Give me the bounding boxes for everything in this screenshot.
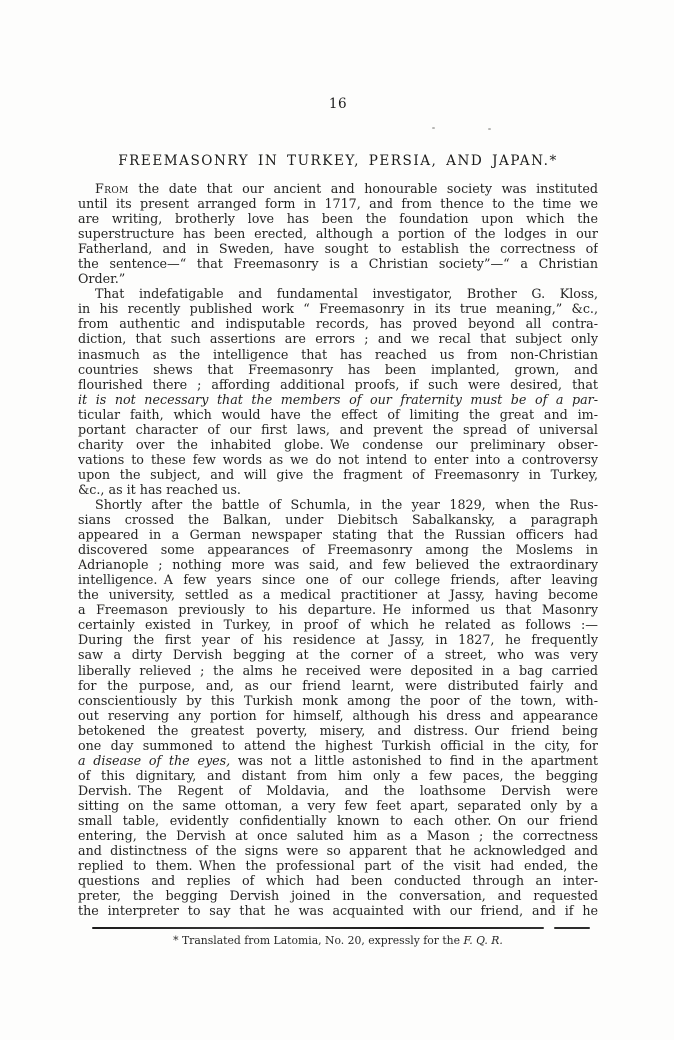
text-line: upon the subject, and will give the frag… — [78, 467, 598, 482]
text-segment: certainly existed in Turkey, in proof of… — [78, 617, 598, 632]
text-segment: Fatherland, and in Sweden, have sought t… — [78, 241, 598, 256]
text-segment: entering, the Dervish at once saluted hi… — [78, 828, 598, 843]
text-line: ticular faith, which would have the effe… — [78, 407, 598, 422]
smallcaps-text: From — [95, 181, 129, 196]
footnote-rule — [92, 926, 598, 929]
text-segment: and distinctness of the signs were so ap… — [78, 843, 598, 858]
text-line: charity over the inhabited globe. We con… — [78, 437, 598, 452]
paragraph: From the date that our ancient and honou… — [78, 181, 598, 286]
text-line: small table, evidently confidentially kn… — [78, 813, 598, 828]
text-line: and distinctness of the signs were so ap… — [78, 843, 598, 858]
italic-text: it is not necessary that the members of … — [78, 392, 598, 407]
italic-text: a disease of the eyes, — [78, 753, 230, 768]
text-line: superstructure has been erected, althoug… — [78, 226, 598, 241]
text-segment: of this dignitary, and distant from him … — [78, 768, 598, 783]
text-line: portant character of our first laws, and… — [78, 422, 598, 437]
footnote-rule-gap — [544, 927, 554, 929]
text-segment: appeared in a German newspaper stating t… — [78, 527, 598, 542]
text-segment: vations to these few words as we do not … — [78, 452, 598, 467]
text-line: a disease of the eyes, was not a little … — [78, 753, 598, 768]
text-line: sitting on the same ottoman, a very few … — [78, 798, 598, 813]
text-line: vations to these few words as we do not … — [78, 452, 598, 467]
text-segment: replied to them. When the professional p… — [78, 858, 598, 873]
text-segment: betokened the greatest poverty, misery, … — [78, 723, 598, 738]
text-line: in his recently published work “ Freemas… — [78, 301, 598, 316]
text-line: the interpreter to say that he was acqua… — [78, 903, 598, 918]
text-line: inasmuch as the intelligence that has re… — [78, 347, 598, 362]
text-line: replied to them. When the professional p… — [78, 858, 598, 873]
text-segment: questions and replies of which had been … — [78, 873, 598, 888]
text-segment: Dervish. The Regent of Moldavia, and the… — [78, 783, 598, 798]
text-segment: in his recently published work “ Freemas… — [78, 301, 598, 316]
text-line: From the date that our ancient and honou… — [78, 181, 598, 196]
text-line: the university, settled as a medical pra… — [78, 587, 598, 602]
paragraph: That indefatigable and fundamental inves… — [78, 286, 598, 497]
text-segment: the university, settled as a medical pra… — [78, 587, 598, 602]
text-line: Shortly after the battle of Schumla, in … — [78, 497, 598, 512]
scan-speck — [488, 128, 491, 130]
text-segment: ticular faith, which would have the effe… — [78, 407, 598, 422]
text-line: countries shews that Freemasonry has bee… — [78, 362, 598, 377]
text-segment: countries shews that Freemasonry has bee… — [78, 362, 598, 377]
text-segment: the date that our ancient and honourable… — [129, 181, 598, 196]
text-segment: superstructure has been erected, althoug… — [78, 226, 598, 241]
text-line: intelligence. A few years since one of o… — [78, 572, 598, 587]
text-line: &c., as it has reached us. — [78, 482, 598, 497]
text-line: liberally relieved ; the alms he receive… — [78, 663, 598, 678]
text-segment: Order.” — [78, 271, 125, 286]
text-segment: the interpreter to say that he was acqua… — [78, 903, 598, 918]
text-segment: was not a little astonished to find in t… — [230, 753, 598, 768]
text-line: preter, the begging Dervish joined in th… — [78, 888, 598, 903]
text-line: are writing, brotherly love has been the… — [78, 211, 598, 226]
text-line: sians crossed the Balkan, under Diebitsc… — [78, 512, 598, 527]
text-line: it is not necessary that the members of … — [78, 392, 598, 407]
text-line: diction, that such assertions are errors… — [78, 331, 598, 346]
text-segment: out reserving any portion for himself, a… — [78, 708, 598, 723]
text-line: flourished there ; affording additional … — [78, 377, 598, 392]
italic-text: F. Q. R. — [463, 934, 502, 947]
text-line: discovered some appearances of Freemason… — [78, 542, 598, 557]
text-line: Dervish. The Regent of Moldavia, and the… — [78, 783, 598, 798]
text-line: until its present arranged form in 1717,… — [78, 196, 598, 211]
text-line: one day summoned to attend the highest T… — [78, 738, 598, 753]
text-segment: a Freemason previously to his departure.… — [78, 602, 598, 617]
footnote-rule-dash — [554, 927, 590, 929]
text-segment: charity over the inhabited globe. We con… — [78, 437, 598, 452]
text-segment: intelligence. A few years since one of o… — [78, 572, 598, 587]
text-line: certainly existed in Turkey, in proof of… — [78, 617, 598, 632]
text-line: During the first year of his residence a… — [78, 632, 598, 647]
text-segment: * Translated from Latomia, No. 20, expre… — [173, 934, 463, 947]
text-line: That indefatigable and fundamental inves… — [78, 286, 598, 301]
text-segment: until its present arranged form in 1717,… — [78, 196, 598, 211]
text-line: for the purpose, and, as our friend lear… — [78, 678, 598, 693]
text-line: Adrianople ; nothing more was said, and … — [78, 557, 598, 572]
text-line: Fatherland, and in Sweden, have sought t… — [78, 241, 598, 256]
text-line: conscientiously by this Turkish monk amo… — [78, 693, 598, 708]
text-segment: conscientiously by this Turkish monk amo… — [78, 693, 598, 708]
text-segment: are writing, brotherly love has been the… — [78, 211, 598, 226]
scanned-book-page: 16 FREEMASONRY IN TURKEY, PERSIA, AND JA… — [0, 0, 674, 1040]
text-line: from authentic and indisputable records,… — [78, 316, 598, 331]
text-segment: one day summoned to attend the highest T… — [78, 738, 598, 753]
article-body: From the date that our ancient and honou… — [78, 181, 598, 918]
text-line: of this dignitary, and distant from him … — [78, 768, 598, 783]
scan-speck — [432, 127, 435, 129]
text-segment: the sentence—“ that Freemasonry is a Chr… — [78, 256, 598, 271]
text-line: the sentence—“ that Freemasonry is a Chr… — [78, 256, 598, 271]
text-segment: discovered some appearances of Freemason… — [78, 542, 598, 557]
text-line: entering, the Dervish at once saluted hi… — [78, 828, 598, 843]
text-segment: sitting on the same ottoman, a very few … — [78, 798, 598, 813]
text-segment: liberally relieved ; the alms he receive… — [78, 663, 598, 678]
text-line: questions and replies of which had been … — [78, 873, 598, 888]
text-segment: sians crossed the Balkan, under Diebitsc… — [78, 512, 598, 527]
text-segment: small table, evidently confidentially kn… — [78, 813, 598, 828]
text-segment: preter, the begging Dervish joined in th… — [78, 888, 598, 903]
footnote: * Translated from Latomia, No. 20, expre… — [78, 934, 598, 947]
text-segment: flourished there ; affording additional … — [78, 377, 598, 392]
text-column: 16 FREEMASONRY IN TURKEY, PERSIA, AND JA… — [78, 0, 598, 947]
text-line: appeared in a German newspaper stating t… — [78, 527, 598, 542]
paragraph: Shortly after the battle of Schumla, in … — [78, 497, 598, 918]
text-segment: from authentic and indisputable records,… — [78, 316, 598, 331]
text-line: Order.” — [78, 271, 598, 286]
text-segment: &c., as it has reached us. — [78, 482, 241, 497]
text-segment: saw a dirty Dervish begging at the corne… — [78, 647, 598, 662]
text-segment: That indefatigable and fundamental inves… — [95, 286, 598, 301]
text-line: out reserving any portion for himself, a… — [78, 708, 598, 723]
text-line: saw a dirty Dervish begging at the corne… — [78, 647, 598, 662]
text-segment: for the purpose, and, as our friend lear… — [78, 678, 598, 693]
text-segment: Shortly after the battle of Schumla, in … — [95, 497, 598, 512]
text-segment: Adrianople ; nothing more was said, and … — [78, 557, 598, 572]
text-line: betokened the greatest poverty, misery, … — [78, 723, 598, 738]
text-segment: During the first year of his residence a… — [78, 632, 598, 647]
footnote-rule-line — [92, 927, 544, 929]
text-segment: diction, that such assertions are errors… — [78, 331, 598, 346]
article-title: FREEMASONRY IN TURKEY, PERSIA, AND JAPAN… — [78, 153, 598, 169]
text-segment: upon the subject, and will give the frag… — [78, 467, 598, 482]
text-segment: portant character of our first laws, and… — [78, 422, 598, 437]
text-segment: inasmuch as the intelligence that has re… — [78, 347, 598, 362]
text-line: a Freemason previously to his departure.… — [78, 602, 598, 617]
page-number: 16 — [78, 96, 598, 112]
